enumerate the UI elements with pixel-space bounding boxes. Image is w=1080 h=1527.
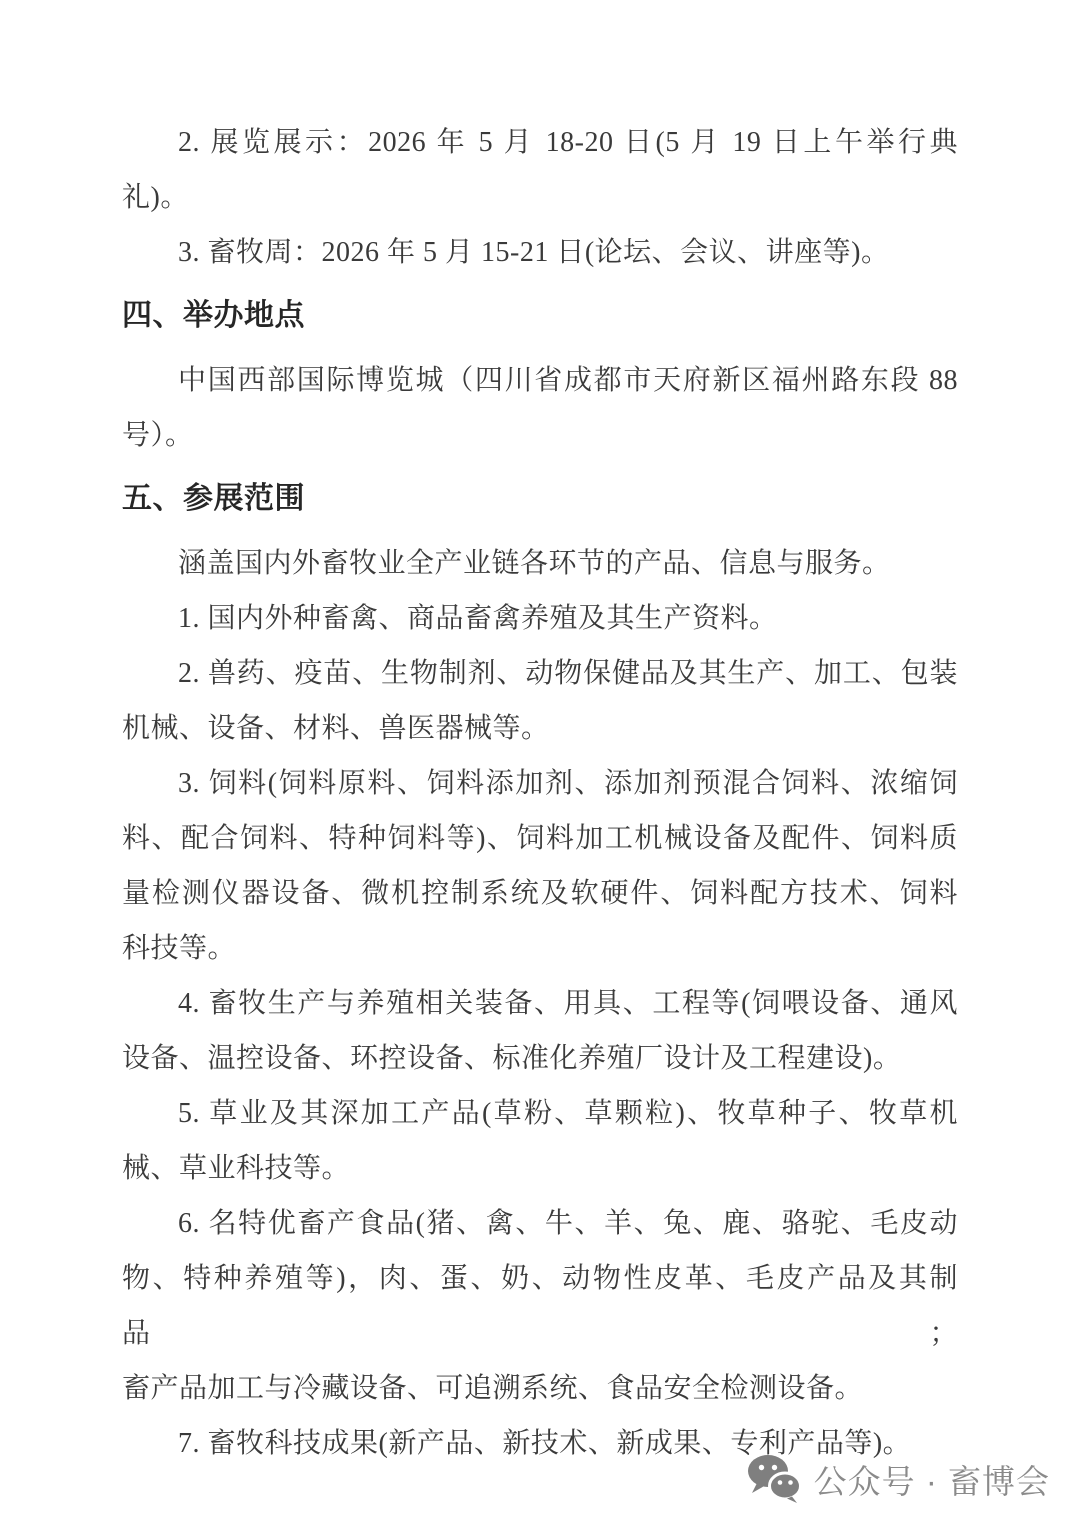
wechat-account-footer: 公众号 · 畜博会: [0, 1449, 1050, 1509]
text-line: 礼)。: [122, 170, 958, 225]
paragraph: 涵盖国内外畜牧业全产业链各环节的产品、信息与服务。: [122, 536, 958, 591]
text-line: 设备、温控设备、环控设备、标准化养殖厂设计及工程建设)。: [122, 1031, 958, 1086]
text-line: 号）。: [122, 408, 958, 463]
text-line: 量检测仪器设备、微机控制系统及软硬件、饲料配方技术、饲料: [122, 866, 958, 921]
wechat-logo-icon: [747, 1454, 801, 1504]
section-heading-scope: 五、参展范围: [122, 471, 958, 526]
text-line: 物、特种养殖等)，肉、蛋、奶、动物性皮革、毛皮产品及其制品；: [122, 1251, 958, 1361]
text-line: 机械、设备、材料、兽医器械等。: [122, 701, 958, 756]
text-line: 3. 饲料(饲料原料、饲料添加剂、添加剂预混合饲料、浓缩饲: [122, 756, 958, 811]
paragraph: 中国西部国际博览城（四川省成都市天府新区福州路东段 88 号）。: [122, 353, 958, 463]
paragraph: 1. 国内外种畜禽、商品畜禽养殖及其生产资料。: [122, 591, 958, 646]
text-line: 6. 名特优畜产食品(猪、禽、牛、羊、兔、鹿、骆驼、毛皮动: [122, 1196, 958, 1251]
section-heading-venue: 四、举办地点: [122, 288, 958, 343]
heading-line: 五、参展范围: [122, 471, 958, 526]
text-line: 料、配合饲料、特种饲料等)、饲料加工机械设备及配件、饲料质: [122, 811, 958, 866]
text-line: 1. 国内外种畜禽、商品畜禽养殖及其生产资料。: [122, 591, 958, 646]
document-body: 2. 展览展示：2026 年 5 月 18-20 日(5 月 19 日上午举行典…: [122, 115, 958, 1471]
document-page: 2. 展览展示：2026 年 5 月 18-20 日(5 月 19 日上午举行典…: [0, 0, 1080, 1527]
text-line: 2. 兽药、疫苗、生物制剂、动物保健品及其生产、加工、包装: [122, 646, 958, 701]
text-line: 科技等。: [122, 921, 958, 976]
text-line: 3. 畜牧周：2026 年 5 月 15-21 日(论坛、会议、讲座等)。: [122, 225, 958, 280]
text-line: 畜产品加工与冷藏设备、可追溯系统、食品安全检测设备。: [122, 1361, 958, 1416]
heading-line: 四、举办地点: [122, 288, 958, 343]
paragraph: 2. 兽药、疫苗、生物制剂、动物保健品及其生产、加工、包装 机械、设备、材料、兽…: [122, 646, 958, 756]
text-line: 4. 畜牧生产与养殖相关装备、用具、工程等(饲喂设备、通风: [122, 976, 958, 1031]
paragraph: 6. 名特优畜产食品(猪、禽、牛、羊、兔、鹿、骆驼、毛皮动 物、特种养殖等)，肉…: [122, 1196, 958, 1416]
paragraph: 3. 畜牧周：2026 年 5 月 15-21 日(论坛、会议、讲座等)。: [122, 225, 958, 280]
text-line: 涵盖国内外畜牧业全产业链各环节的产品、信息与服务。: [122, 536, 958, 591]
paragraph: 2. 展览展示：2026 年 5 月 18-20 日(5 月 19 日上午举行典…: [122, 115, 958, 225]
paragraph: 5. 草业及其深加工产品(草粉、草颗粒)、牧草种子、牧草机 械、草业科技等。: [122, 1086, 958, 1196]
text-line: 2. 展览展示：2026 年 5 月 18-20 日(5 月 19 日上午举行典: [122, 115, 958, 170]
text-line: 5. 草业及其深加工产品(草粉、草颗粒)、牧草种子、牧草机: [122, 1086, 958, 1141]
text-line: 械、草业科技等。: [122, 1141, 958, 1196]
text-line: 中国西部国际博览城（四川省成都市天府新区福州路东段 88: [122, 353, 958, 408]
wechat-account-label: 公众号 · 畜博会: [814, 1456, 1050, 1503]
paragraph: 4. 畜牧生产与养殖相关装备、用具、工程等(饲喂设备、通风 设备、温控设备、环控…: [122, 976, 958, 1086]
paragraph: 3. 饲料(饲料原料、饲料添加剂、添加剂预混合饲料、浓缩饲 料、配合饲料、特种饲…: [122, 756, 958, 976]
